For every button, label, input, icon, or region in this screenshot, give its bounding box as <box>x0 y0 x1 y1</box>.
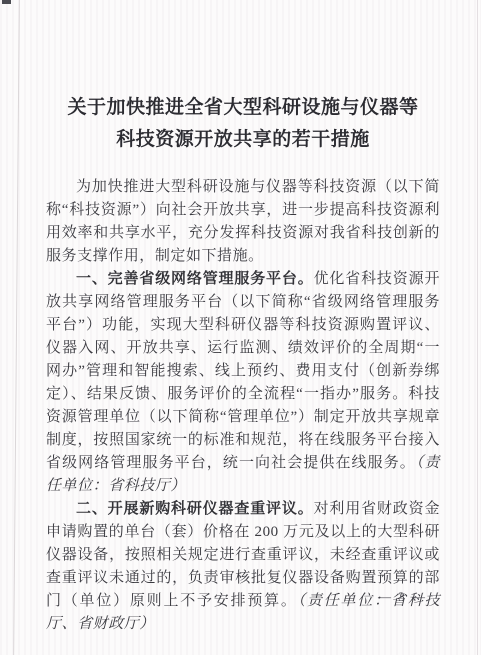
title-line-2: 科技资源开放共享的若干措施 <box>46 124 440 156</box>
page-right-edge-line <box>477 0 478 655</box>
scanned-document-page: 关于加快推进全省大型科研设施与仪器等 科技资源开放共享的若干措施 为加快推进大型… <box>0 0 481 655</box>
paragraph-intro: 为加快推进大型科研设施与仪器等科技资源（以下简称“科技资源”）向社会开放共享，进… <box>46 176 440 268</box>
section-1-heading: 一、完善省级网络管理服务平台。 <box>76 271 314 287</box>
paragraph-section-1: 一、完善省级网络管理服务平台。优化省科技资源开放共享网络管理服务平台（以下简称“… <box>46 268 440 498</box>
section-1-text: 优化省科技资源开放共享网络管理服务平台（以下简称“省级网络管理服务平台”）功能，… <box>46 271 440 471</box>
document-title: 关于加快推进全省大型科研设施与仪器等 科技资源开放共享的若干措施 <box>46 92 440 156</box>
document-body: 为加快推进大型科研设施与仪器等科技资源（以下简称“科技资源”）向社会开放共享，进… <box>46 176 440 636</box>
intro-text: 为加快推进大型科研设施与仪器等科技资源（以下简称“科技资源”）向社会开放共享，进… <box>46 179 440 264</box>
title-line-1: 关于加快推进全省大型科研设施与仪器等 <box>46 92 440 124</box>
page-left-edge-line <box>13 0 20 655</box>
page-number: — 3 — <box>378 589 427 605</box>
section-2-heading: 二、开展新购科研仪器查重评议。 <box>76 501 314 517</box>
scan-corner-artifact <box>2 0 11 4</box>
document-content: 关于加快推进全省大型科研设施与仪器等 科技资源开放共享的若干措施 为加快推进大型… <box>46 0 440 636</box>
paragraph-section-2: 二、开展新购科研仪器查重评议。对利用省财政资金申请购置的单台（套）价格在 200… <box>46 498 440 636</box>
